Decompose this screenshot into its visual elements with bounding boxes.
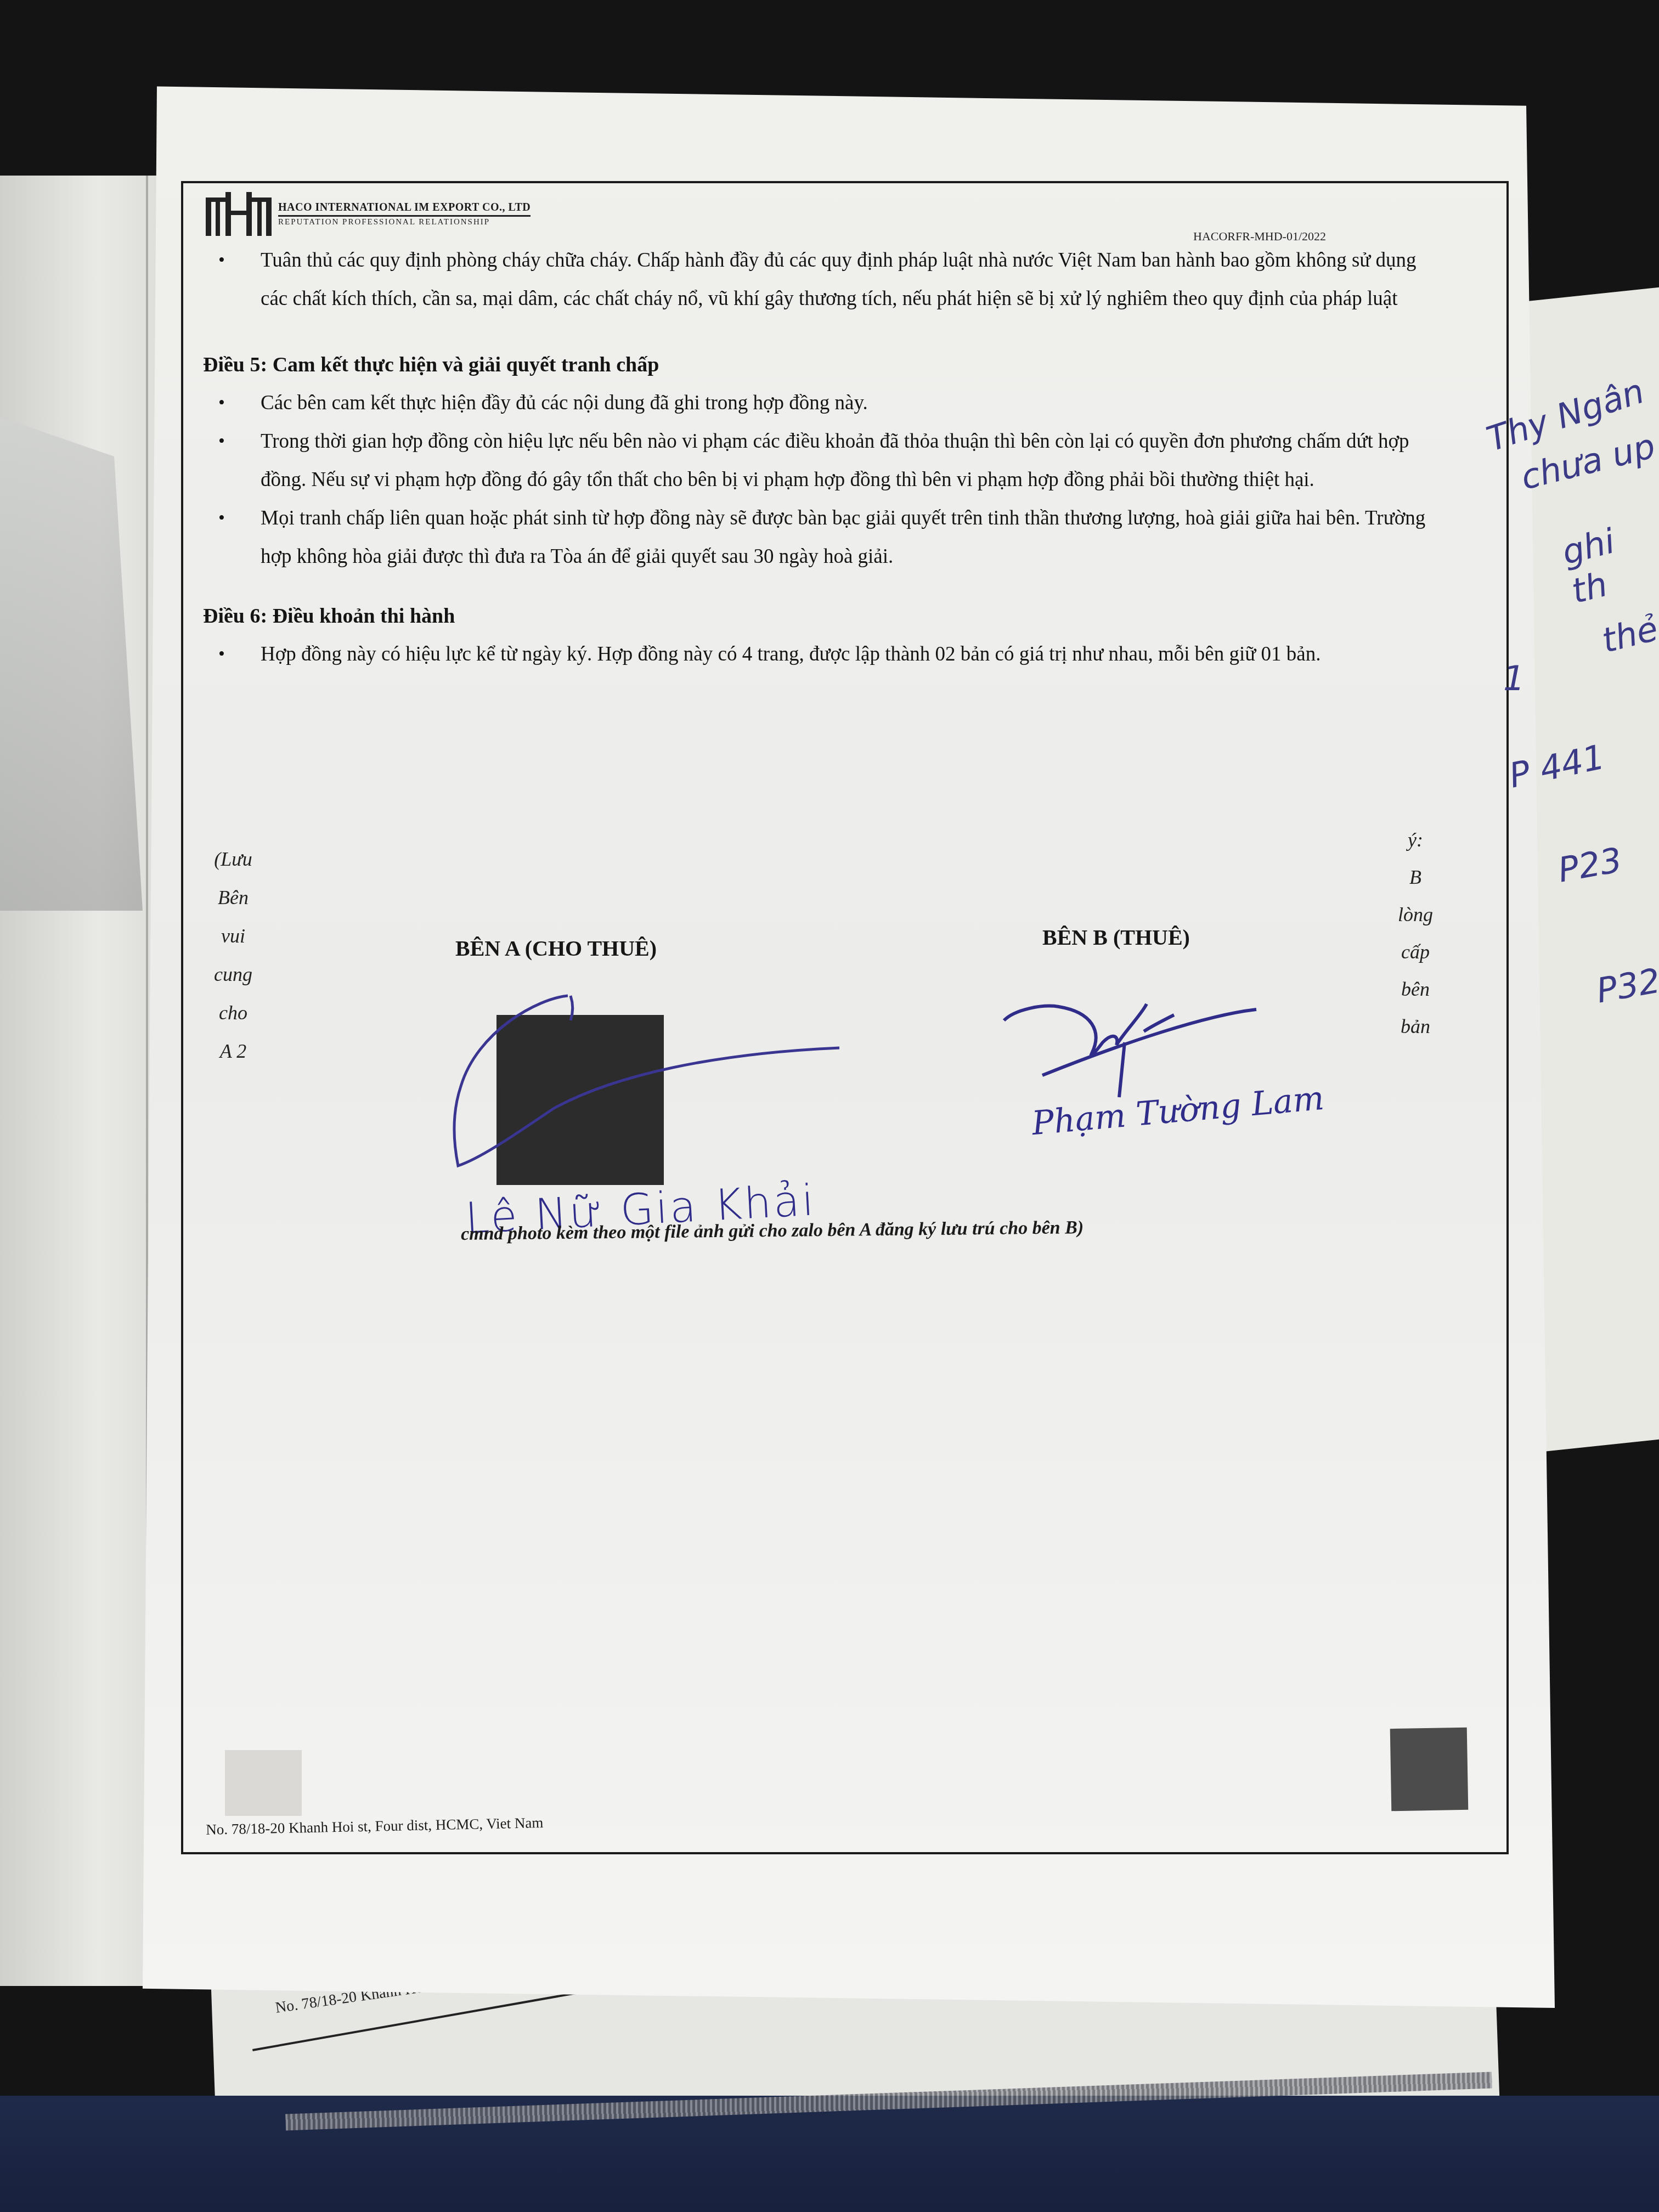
clause5-title: Điều 5: Cam kết thực hiện và giải quyết …: [203, 346, 1437, 384]
party-b-label: BÊN B (THUÊ): [1042, 924, 1190, 950]
company-slogan: REPUTATION PROFESSIONAL RELATIONSHIP: [278, 217, 531, 227]
clause6-bullet: Hợp đồng này có hiệu lực kể từ ngày ký. …: [203, 635, 1437, 674]
note-word: B: [1383, 866, 1448, 903]
blue-folder: [0, 2096, 1659, 2212]
note-right-column: ý: B lòng cấp bên bản: [1383, 828, 1448, 1052]
company-name: HACO INTERNATIONAL IM EXPORT CO., LTD: [278, 201, 531, 217]
note-word: bên: [1383, 978, 1448, 1015]
company-logo-icon: [206, 192, 272, 236]
clause5-bullet: Trong thời gian hợp đồng còn hiệu lực nế…: [203, 422, 1437, 499]
clause6-title: Điều 6: Điều khoản thi hành: [203, 597, 1437, 635]
note-word: lòng: [1383, 903, 1448, 940]
redacted-signature-block: [496, 1015, 664, 1185]
note-word: bản: [1383, 1015, 1448, 1052]
note-left-column: (Lưu Bên vui cung cho A 2: [206, 848, 261, 1078]
note-word: cung: [206, 963, 261, 1001]
note-word: (Lưu: [206, 848, 261, 886]
note-word: Bên: [206, 886, 261, 924]
redacted-page-stamp: [1390, 1728, 1469, 1811]
note-word: cho: [206, 1001, 261, 1040]
contract-body: Tuân thủ các quy định phòng cháy chữa ch…: [203, 241, 1437, 674]
note-word: cấp: [1383, 940, 1448, 978]
note-word: A 2: [206, 1040, 261, 1078]
note-word: ý:: [1383, 828, 1448, 866]
clause5-bullet: Các bên cam kết thực hiện đầy đủ các nội…: [203, 384, 1437, 422]
clause4-bullet: Tuân thủ các quy định phòng cháy chữa ch…: [203, 241, 1437, 318]
blurred-stamp-area: [225, 1750, 302, 1816]
handnote-line: 1: [1503, 658, 1525, 698]
company-logo-block: HACO INTERNATIONAL IM EXPORT CO., LTD RE…: [206, 192, 531, 236]
party-a-label: BÊN A (CHO THUÊ): [455, 935, 657, 961]
clause5-bullet: Mọi tranh chấp liên quan hoặc phát sinh …: [203, 499, 1437, 576]
note-word: vui: [206, 924, 261, 963]
